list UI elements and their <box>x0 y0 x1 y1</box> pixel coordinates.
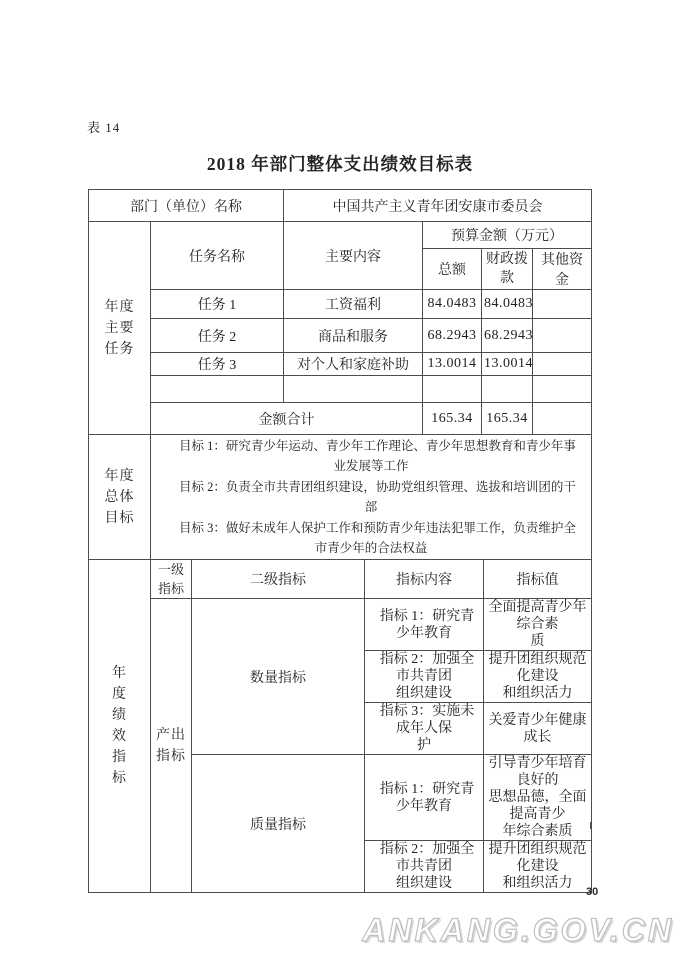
indicator-value-cell: 全面提高青少年综合素 质 <box>484 599 592 651</box>
level1-output-label: 产出 指标 <box>151 599 192 893</box>
indicator-value-cell: 引导青少年培育良好的 思想品德，全面提高青少 年综合素质 <box>484 755 592 841</box>
indicator-content-cell: 指标 2：加强全市共青团 组织建设 <box>365 651 484 703</box>
level2-quantity-label: 数量指标 <box>192 599 365 755</box>
indicator-header-row: 年 度 绩 效 指 标 一级 指标 二级指标 指标内容 指标值 <box>89 560 592 599</box>
task-fiscal-cell: 68.2943 <box>482 319 533 353</box>
indicator-content-cell: 指标 2：加强全市共青团 组织建设 <box>365 841 484 893</box>
task-other-cell <box>533 376 592 403</box>
col-header-task-name: 任务名称 <box>151 222 284 290</box>
indicator-value-cell: 提升团组织规范化建设 和组织活力 <box>484 841 592 893</box>
col-header-fiscal: 财政拨 款 <box>482 249 533 290</box>
indicator-content-cell: 指标 3：实施未成年人保 护 <box>365 703 484 755</box>
amount-total-row: 金额合计 165.34 165.34 <box>89 403 592 435</box>
task-total-cell: 84.0483 <box>423 290 482 319</box>
level2-quality-label: 质量指标 <box>192 755 365 893</box>
col-header-budget-group: 预算金额（万元） <box>423 222 592 249</box>
table-bottom-stub-right <box>590 822 591 829</box>
budget-group-header-row: 年度 主要 任务 任务名称 主要内容 预算金额（万元） <box>89 222 592 249</box>
task-content-cell: 对个人和家庭补助 <box>284 353 423 376</box>
task-content-cell: 工资福利 <box>284 290 423 319</box>
task-fiscal-cell: 13.0014 <box>482 353 533 376</box>
dept-name-value-cell: 中国共产主义青年团安康市委员会 <box>284 190 592 222</box>
goals-row: 年度 总体 目标 目标 1：研究青少年运动、青少年工作理论、青少年思想教育和青少… <box>89 435 592 560</box>
task-content-cell: 商品和服务 <box>284 319 423 353</box>
dept-name-label-cell: 部门（单位）名称 <box>89 190 284 222</box>
dept-name-row: 部门（单位）名称 中国共产主义青年团安康市委员会 <box>89 190 592 222</box>
table-number-label: 表 14 <box>87 117 120 136</box>
task-name-cell: 任务 3 <box>151 353 284 376</box>
task-name-cell <box>151 376 284 403</box>
task-row-2: 任务 2 商品和服务 68.2943 68.2943 <box>89 319 592 353</box>
col-header-total: 总额 <box>423 249 482 290</box>
document-page: 表 14 2018 年部门整体支出绩效目标表 部门（单位）名称 中国共产主义青年… <box>0 0 680 962</box>
col-header-content: 指标内容 <box>365 560 484 599</box>
goal-item-2: 目标 2：负责全市共青团组织建设，协助党组织管理、选拔和培训团的干 部 <box>153 477 589 518</box>
task-name-cell: 任务 2 <box>151 319 284 353</box>
indicators-table: 年 度 绩 效 指 标 一级 指标 二级指标 指标内容 指标值 产出 指标 数量… <box>88 559 592 893</box>
goal-item-1: 目标 1：研究青少年运动、青少年工作理论、青少年思想教育和青少年事 业发展等工作 <box>153 436 589 477</box>
task-fiscal-cell <box>482 376 533 403</box>
indicator-value-cell: 关爱青少年健康成长 <box>484 703 592 755</box>
task-content-cell <box>284 376 423 403</box>
amount-total-label-cell: 金额合计 <box>151 403 423 435</box>
task-other-cell <box>533 319 592 353</box>
col-header-level2: 二级指标 <box>192 560 365 599</box>
amount-total-cell: 165.34 <box>423 403 482 435</box>
goals-section-label: 年度 总体 目标 <box>89 435 151 560</box>
task-total-cell: 68.2943 <box>423 319 482 353</box>
task-total-cell <box>423 376 482 403</box>
task-row-1: 任务 1 工资福利 84.0483 84.0483 <box>89 290 592 319</box>
page-number: 30 <box>586 886 598 898</box>
col-header-other: 其他资金 <box>533 249 592 290</box>
task-row-empty <box>89 376 592 403</box>
goal-item-3: 目标 3：做好未成年人保护工作和预防青少年违法犯罪工作，负责维护全 市青少年的合… <box>153 518 589 559</box>
amount-fiscal-cell: 165.34 <box>482 403 533 435</box>
task-name-cell: 任务 1 <box>151 290 284 319</box>
task-fiscal-cell: 84.0483 <box>482 290 533 319</box>
indicator-content-cell: 指标 1：研究青少年教育 <box>365 755 484 841</box>
col-header-value: 指标值 <box>484 560 592 599</box>
quantity-row-1: 产出 指标 数量指标 指标 1：研究青少年教育 全面提高青少年综合素 质 <box>89 599 592 651</box>
amount-other-cell <box>533 403 592 435</box>
tasks-section-label: 年度 主要 任务 <box>89 222 151 435</box>
indicator-content-cell: 指标 1：研究青少年教育 <box>365 599 484 651</box>
tasks-table: 部门（单位）名称 中国共产主义青年团安康市委员会 年度 主要 任务 任务名称 主… <box>88 189 592 435</box>
indicators-section-label: 年 度 绩 效 指 标 <box>89 560 151 893</box>
watermark: ANKANG.GOV.CN <box>362 912 674 949</box>
task-row-3: 任务 3 对个人和家庭补助 13.0014 13.0014 <box>89 353 592 376</box>
main-table: 部门（单位）名称 中国共产主义青年团安康市委员会 年度 主要 任务 任务名称 主… <box>88 189 591 893</box>
task-total-cell: 13.0014 <box>423 353 482 376</box>
table-bottom-stub-left <box>483 822 484 829</box>
col-header-main-content: 主要内容 <box>284 222 423 290</box>
goals-text-cell: 目标 1：研究青少年运动、青少年工作理论、青少年思想教育和青少年事 业发展等工作… <box>151 435 592 560</box>
document-title: 2018 年部门整体支出绩效目标表 <box>0 151 680 176</box>
col-header-level1: 一级 指标 <box>151 560 192 599</box>
indicator-value-cell: 提升团组织规范化建设 和组织活力 <box>484 651 592 703</box>
task-other-cell <box>533 290 592 319</box>
task-other-cell <box>533 353 592 376</box>
goals-table: 年度 总体 目标 目标 1：研究青少年运动、青少年工作理论、青少年思想教育和青少… <box>88 434 592 560</box>
